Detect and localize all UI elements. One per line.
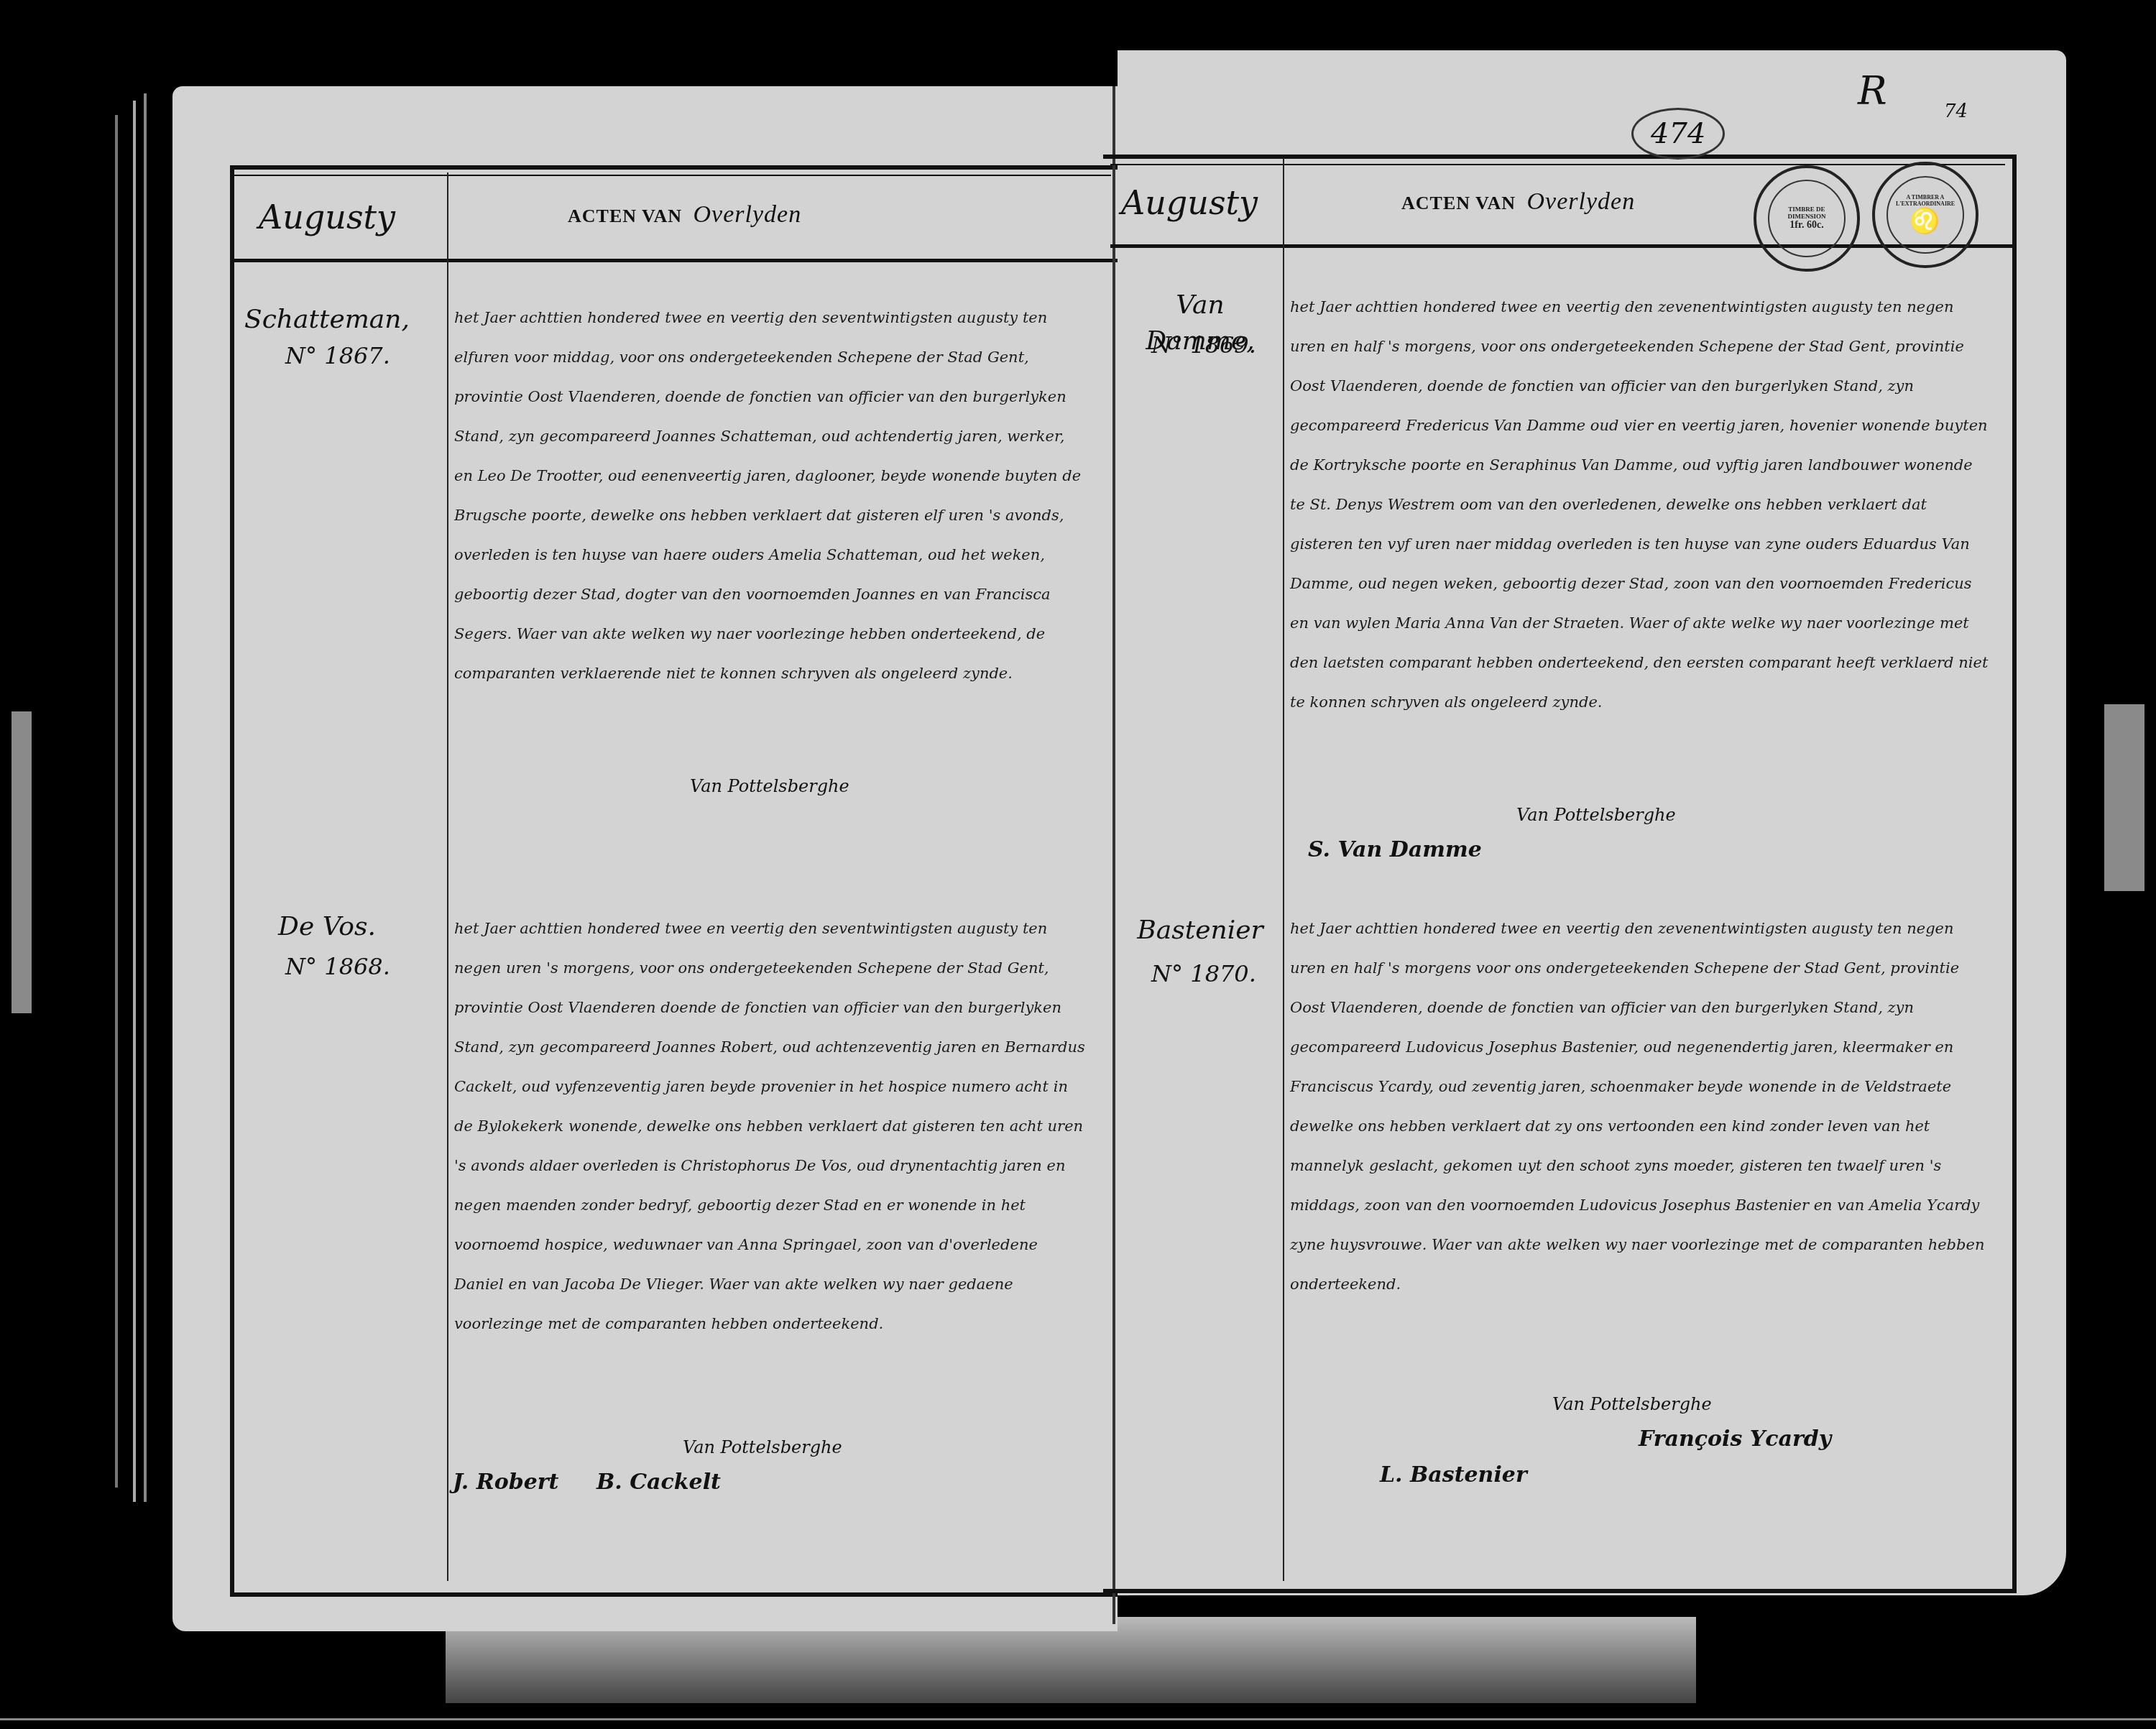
entry-number: N° 1867.: [255, 338, 420, 374]
entry-text: het Jaer achttien hondered twee en veert…: [1290, 909, 1991, 1304]
handwritten-title: Overlyden: [694, 201, 802, 228]
right-header-month: Augusty: [1121, 183, 1258, 222]
right-book-tab: [2104, 704, 2145, 891]
entry-surname: Bastenier: [1118, 913, 1283, 949]
handwritten-title: Overlyden: [1527, 188, 1636, 215]
stamp-inner-text: 1fr. 60c.: [1789, 220, 1823, 231]
signature-witness-1: J. Robert: [453, 1470, 558, 1495]
folio-number-circled: 474: [1631, 108, 1725, 160]
header-bottom-rule: [234, 259, 1118, 262]
entry-text: het Jaer achttien hondered twee en veert…: [454, 909, 1087, 1344]
signature-declarant: L. Bastenier: [1380, 1462, 1527, 1488]
left-header-title: ACTEN VAN Overlyden: [568, 201, 801, 229]
header-double-rule: [1110, 164, 2005, 165]
entry-text: het Jaer achttien hondered twee en veert…: [1290, 287, 1991, 722]
entry-number: N° 1868.: [255, 949, 420, 985]
entry-number: N° 1869.: [1121, 327, 1286, 363]
entry-number: N° 1870.: [1121, 956, 1286, 992]
header-double-rule: [234, 175, 1111, 176]
lion-emblem-icon: ♌: [1910, 207, 1940, 236]
signature-declarant: S. Van Damme: [1308, 837, 1482, 862]
signature-officer: Van Pottelsberghe: [683, 1437, 842, 1457]
entry-surname: De Vos.: [244, 909, 410, 945]
entry-surname: Schatteman,: [244, 302, 410, 338]
printed-title: ACTEN VAN: [1401, 193, 1516, 213]
signature-officer: Van Pottelsberghe: [1516, 805, 1676, 825]
tax-stamp-dimension: TIMBRE DE DIMENSION 1fr. 60c.: [1754, 165, 1860, 272]
entry-text: het Jaer achttien hondered twee en veert…: [454, 298, 1087, 693]
left-header-month: Augusty: [259, 198, 395, 236]
left-book-tab: [11, 711, 32, 1013]
signature-witness: François Ycardy: [1639, 1426, 1831, 1452]
signature-officer: Van Pottelsberghe: [1552, 1394, 1712, 1414]
scan-border-line: [0, 1718, 2156, 1720]
right-header-title: ACTEN VAN Overlyden: [1401, 188, 1635, 216]
page-edge: [133, 101, 140, 1502]
header-bottom-rule: [1110, 244, 2012, 248]
stamp-outer-text: TIMBRE DE DIMENSION: [1769, 206, 1844, 220]
signature-officer: Van Pottelsberghe: [690, 776, 849, 796]
stamp-outer-text: A TIMBRER A L'EXTRAORDINAIRE: [1888, 194, 1963, 207]
left-column-divider: [447, 172, 448, 1581]
tax-stamp-extraordinaire: A TIMBRER A L'EXTRAORDINAIRE ♌: [1872, 162, 1978, 268]
folio-mark: R: [1858, 68, 1887, 114]
page-edge: [115, 115, 122, 1488]
folio-small-number: 74: [1944, 101, 1968, 122]
page-edge: [144, 93, 151, 1502]
right-column-divider: [1283, 158, 1284, 1581]
signature-witness-2: B. Cackelt: [596, 1470, 721, 1495]
printed-title: ACTEN VAN: [568, 206, 682, 226]
